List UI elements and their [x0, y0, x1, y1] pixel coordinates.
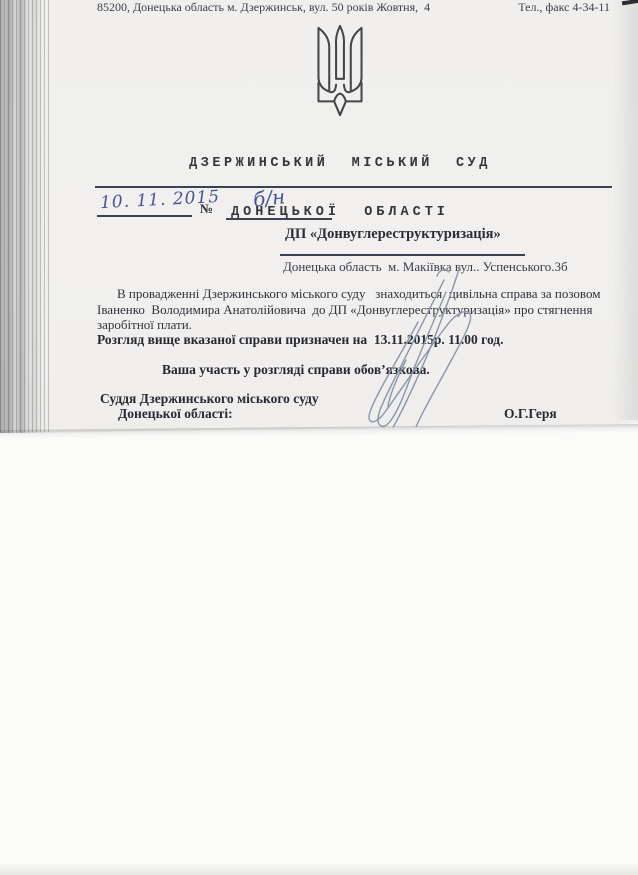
body-paragraph: В провадженні Дзержинського міського суд…	[97, 286, 617, 333]
contact-row: 85200, Донецька область м. Дзержинськ, в…	[0, 0, 638, 14]
court-address: 85200, Донецька область м. Дзержинськ, в…	[97, 0, 430, 15]
scanned-page: ДЗЕРЖИНСЬКИЙ МІСЬКИЙ СУД ДОНЕЦЬКОЇ ОБЛАС…	[0, 0, 638, 875]
number-label: №	[200, 201, 213, 217]
scan-bottom-shading	[0, 863, 638, 875]
scanner-streak-artifact	[0, 0, 50, 433]
ukraine-trident-icon	[308, 24, 372, 118]
number-underline	[226, 218, 332, 220]
court-title-line1: ДЗЕРЖИНСЬКИЙ МІСЬКИЙ СУД	[60, 156, 620, 171]
judge-name: О.Г.Геря	[504, 406, 557, 422]
recipient-name: ДП «Донвуглереструктуризація»	[285, 226, 501, 243]
recipient-rule	[280, 254, 525, 256]
hearing-date-line: Розгляд вище вказаної справи призначен н…	[97, 332, 504, 348]
body-line-2: Іваненко Володимира Анатолійовича до ДП …	[97, 302, 617, 318]
judge-title-line2: Донецької області:	[118, 406, 233, 422]
body-line-3: заробітної плати.	[97, 317, 617, 333]
court-phone: Тел., факс 4-34-11	[518, 0, 610, 15]
handwritten-number: б/н	[252, 184, 286, 211]
body-line-1: В провадженні Дзержинського міського суд…	[97, 286, 617, 302]
header-rule	[95, 186, 612, 188]
judge-title-line1: Суддя Дзержинського міського суду	[100, 391, 319, 407]
letter-sheet: ДЗЕРЖИНСЬКИЙ МІСЬКИЙ СУД ДОНЕЦЬКОЇ ОБЛАС…	[0, 0, 638, 434]
recipient-address: Донецька область м. Макіївка вул.. Успен…	[283, 259, 568, 275]
mandatory-attendance-line: Ваша участь у розгляді справи обов’язков…	[162, 362, 430, 378]
date-underline	[97, 215, 192, 217]
